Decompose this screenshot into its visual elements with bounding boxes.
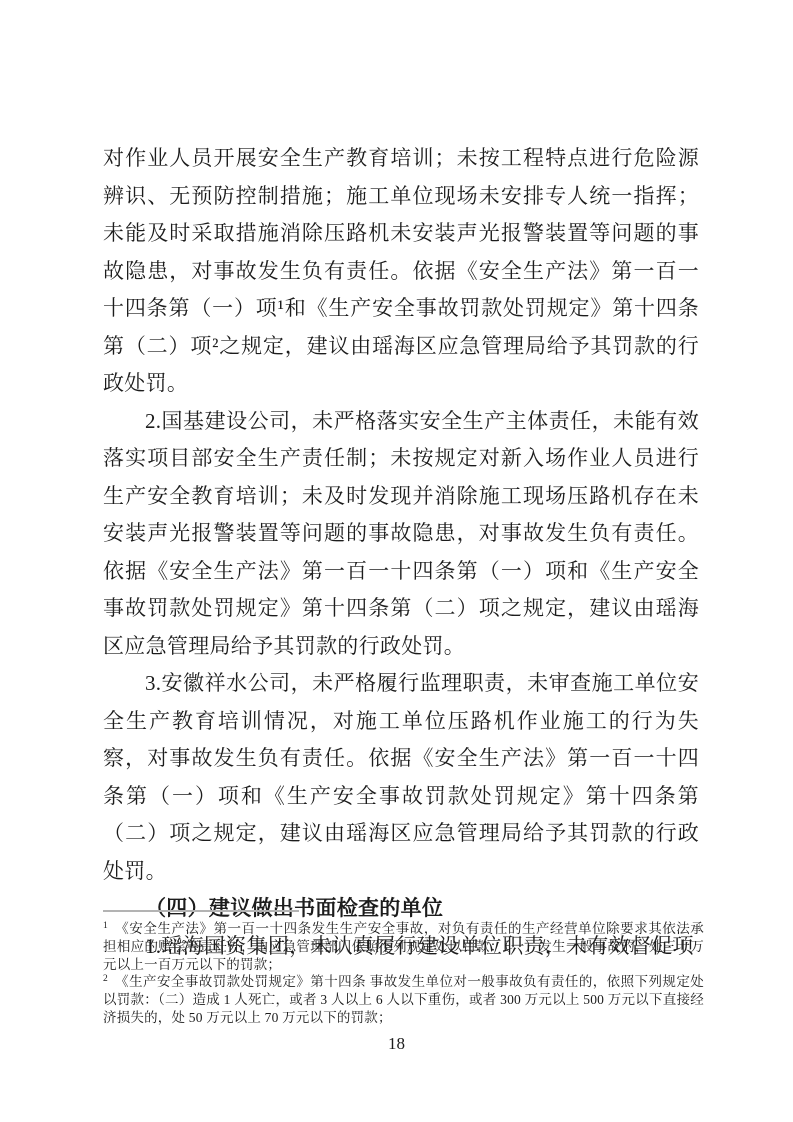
footnote-area: 1《安全生产法》第一百一十四条发生生产安全事故，对负有责任的生产经营单位除要求其… <box>103 910 704 1027</box>
footnote-2-text: 《生产安全事故罚款处罚规定》第十四条 事故发生单位对一般事故负有责任的，依照下列… <box>103 974 704 1025</box>
footnote-2-marker: 2 <box>103 974 108 984</box>
paragraph-item-2: 2.国基建设公司，未严格落实安全生产主体责任，未能有效落实项目部安全生产责任制；… <box>103 403 699 666</box>
footnote-1-marker: 1 <box>103 921 108 931</box>
footnote-1-text: 《安全生产法》第一百一十四条发生生产安全事故，对负有责任的生产经营单位除要求其依… <box>103 921 704 972</box>
document-page: 对作业人员开展安全生产教育培训；未按工程特点进行危险源辨识、无预防控制措施；施工… <box>0 0 793 1122</box>
footnote-2: 2《生产安全事故罚款处罚规定》第十四条 事故发生单位对一般事故负有责任的，依照下… <box>103 973 704 1026</box>
paragraph-continuation: 对作业人员开展安全生产教育培训；未按工程特点进行危险源辨识、无预防控制措施；施工… <box>103 140 699 403</box>
footnote-separator <box>103 910 299 912</box>
document-body: 对作业人员开展安全生产教育培训；未按工程特点进行危险源辨识、无预防控制措施；施工… <box>103 140 699 965</box>
page-number: 18 <box>0 1034 793 1054</box>
footnote-1: 1《安全生产法》第一百一十四条发生生产安全事故，对负有责任的生产经营单位除要求其… <box>103 920 704 973</box>
paragraph-item-3: 3.安徽祥水公司，未严格履行监理职责，未审查施工单位安全生产教育培训情况，对施工… <box>103 665 699 890</box>
